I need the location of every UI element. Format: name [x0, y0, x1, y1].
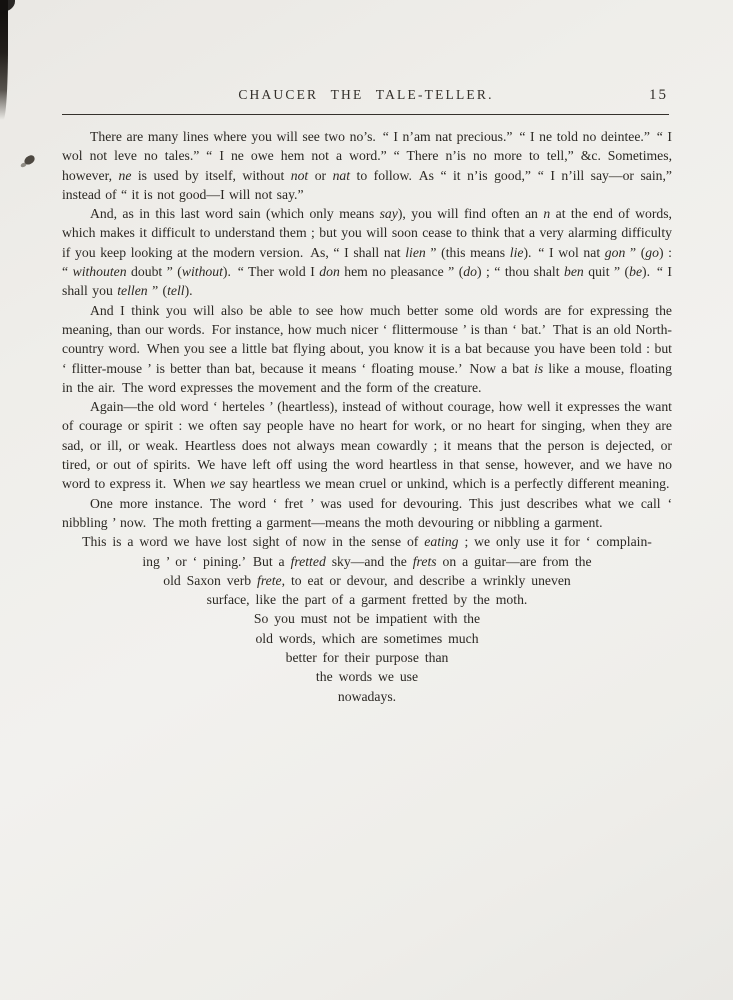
- text-run: old Saxon verb: [163, 573, 257, 588]
- text-run: , to eat or devour, and describe a wrink…: [282, 573, 571, 588]
- taper-line: So you must not be impatient with the: [62, 609, 672, 628]
- text-run: old words, which are sometimes much: [255, 631, 478, 646]
- text-run: hem no pleasance ” (: [340, 264, 463, 279]
- taper-block: This is a word we have lost sight of now…: [62, 532, 672, 706]
- italic-run: ben: [564, 264, 584, 279]
- italic-run: is: [534, 361, 543, 376]
- body-text: There are many lines where you will see …: [62, 127, 672, 706]
- taper-line: better for their purpose than: [62, 648, 672, 667]
- text-run: ), you will find often an: [398, 206, 543, 221]
- header-rule: [62, 114, 669, 115]
- paragraph-block: There are many lines where you will see …: [62, 127, 672, 532]
- paragraph: One more instance. The word ‘ fret ’ was…: [62, 494, 672, 533]
- text-run: quit ” (: [584, 264, 629, 279]
- paragraph: And I think you will also be able to see…: [62, 301, 672, 397]
- running-head: CHAUCER THE TALE-TELLER. 15: [62, 87, 670, 107]
- italic-run: tellen: [117, 283, 147, 298]
- text-run: doubt ” (: [127, 264, 182, 279]
- text-run: nowadays.: [338, 689, 396, 704]
- taper-line: This is a word we have lost sight of now…: [62, 532, 672, 551]
- taper-line: the words we use: [62, 667, 672, 686]
- text-run: is used by itself, without: [131, 168, 290, 183]
- text-run: better for their purpose than: [286, 650, 449, 665]
- italic-run: tell: [167, 283, 184, 298]
- taper-line: ing ’ or ‘ pining.’ But a fretted sky—an…: [62, 552, 672, 571]
- text-run: So you must not be impatient with the: [254, 611, 480, 626]
- text-run: surface, like the part of a garment fret…: [207, 592, 528, 607]
- italic-run: we: [210, 476, 225, 491]
- text-run: the words we use: [316, 669, 418, 684]
- italic-run: be: [629, 264, 642, 279]
- text-run: ). “ Ther wold I: [223, 264, 319, 279]
- ink-spot-artifact: [23, 154, 36, 166]
- italic-run: go: [645, 245, 659, 260]
- italic-run: lien: [405, 245, 426, 260]
- text-run: ” (: [148, 283, 167, 298]
- text-run: And, as in this last word sain (which on…: [90, 206, 380, 221]
- italic-run: withouten: [73, 264, 127, 279]
- text-run: ; we only use it for ‘ complain-: [459, 534, 652, 549]
- page-title: CHAUCER THE TALE-TELLER.: [62, 87, 670, 103]
- text-run: say heartless we mean cruel or unkind, w…: [225, 476, 669, 491]
- text-run: This is a word we have lost sight of now…: [82, 534, 424, 549]
- text-run: ).: [185, 283, 193, 298]
- italic-run: do: [463, 264, 477, 279]
- scan-edge-shadow: [0, 0, 8, 120]
- taper-line: old words, which are sometimes much: [62, 629, 672, 648]
- italic-run: lie: [510, 245, 524, 260]
- text-run: ” (: [625, 245, 645, 260]
- taper-line: nowadays.: [62, 687, 672, 706]
- italic-run: say: [380, 206, 398, 221]
- italic-run: frets: [413, 554, 437, 569]
- text-run: sky—and the: [326, 554, 413, 569]
- paragraph: There are many lines where you will see …: [62, 127, 672, 204]
- italic-run: without: [182, 264, 223, 279]
- italic-run: nat: [333, 168, 351, 183]
- text-run: ing ’ or ‘ pining.’ But a: [142, 554, 290, 569]
- italic-run: don: [319, 264, 340, 279]
- italic-run: gon: [605, 245, 626, 260]
- italic-run: frete: [257, 573, 282, 588]
- taper-line: old Saxon verb frete, to eat or devour, …: [62, 571, 672, 590]
- text-run: ” (this means: [426, 245, 510, 260]
- italic-run: ne: [118, 168, 131, 183]
- italic-run: not: [291, 168, 309, 183]
- text-run: or: [308, 168, 332, 183]
- taper-line: surface, like the part of a garment fret…: [62, 590, 672, 609]
- paragraph: Again—the old word ‘ herteles ’ (heartle…: [62, 397, 672, 493]
- text-run: ). “ I wol nat: [523, 245, 604, 260]
- text-run: on a guitar—are from the: [437, 554, 592, 569]
- book-page-scan: CHAUCER THE TALE-TELLER. 15 There are ma…: [0, 0, 733, 1000]
- page-number: 15: [649, 87, 668, 104]
- scan-corner-mark: [0, 0, 15, 12]
- italic-run: fretted: [291, 554, 326, 569]
- paragraph: And, as in this last word sain (which on…: [62, 204, 672, 300]
- text-run: One more instance. The word ‘ fret ’ was…: [62, 496, 672, 530]
- italic-run: eating: [424, 534, 458, 549]
- text-run: ) ; “ thou shalt: [477, 264, 564, 279]
